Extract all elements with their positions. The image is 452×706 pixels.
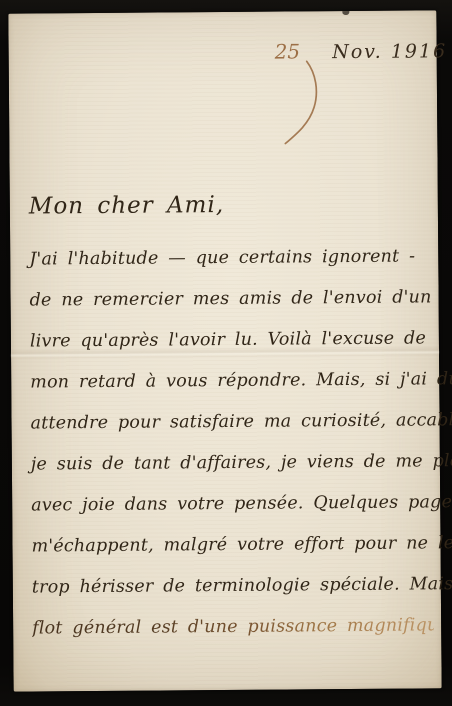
handwritten-line: J'ai l'habitude — que certains ignorent …	[29, 236, 431, 280]
salutation-line: Mon cher Ami,	[29, 192, 224, 220]
handwritten-line: je suis de tant d'affaires, je viens de …	[31, 441, 433, 485]
handwritten-line: attendre pour satisfaire ma curiosité, a…	[30, 400, 432, 444]
handwritten-line: de ne remercier mes amis de l'envoi d'un	[29, 277, 431, 321]
date-month-year: Nov. 1916	[332, 40, 447, 63]
handwritten-line: m'échappent, malgré votre effort pour ne…	[31, 523, 433, 567]
handwritten-line: livre qu'après l'avoir lu. Voilà l'excus…	[30, 318, 432, 362]
date-line: 25 Nov. 1916	[275, 38, 448, 63]
date-day: 25	[275, 39, 301, 63]
letter-page: 25 Nov. 1916 Mon cher Ami, J'ai l'habitu…	[8, 10, 441, 691]
handwritten-line: trop hérisser de terminologie spéciale. …	[32, 564, 434, 608]
date-flourish	[277, 59, 348, 160]
handwritten-line: mon retard à vous répondre. Mais, si j'a…	[30, 359, 432, 403]
photo-background: 25 Nov. 1916 Mon cher Ami, J'ai l'habitu…	[0, 0, 452, 706]
handwritten-line: avec joie dans votre pensée. Quelques pa…	[31, 482, 433, 526]
paper-edge-mark	[342, 11, 349, 15]
letter-body: J'ai l'habitude — que certains ignorent …	[29, 236, 434, 649]
handwritten-line-faded: flot général est d'une puissance magnifi…	[32, 605, 434, 649]
